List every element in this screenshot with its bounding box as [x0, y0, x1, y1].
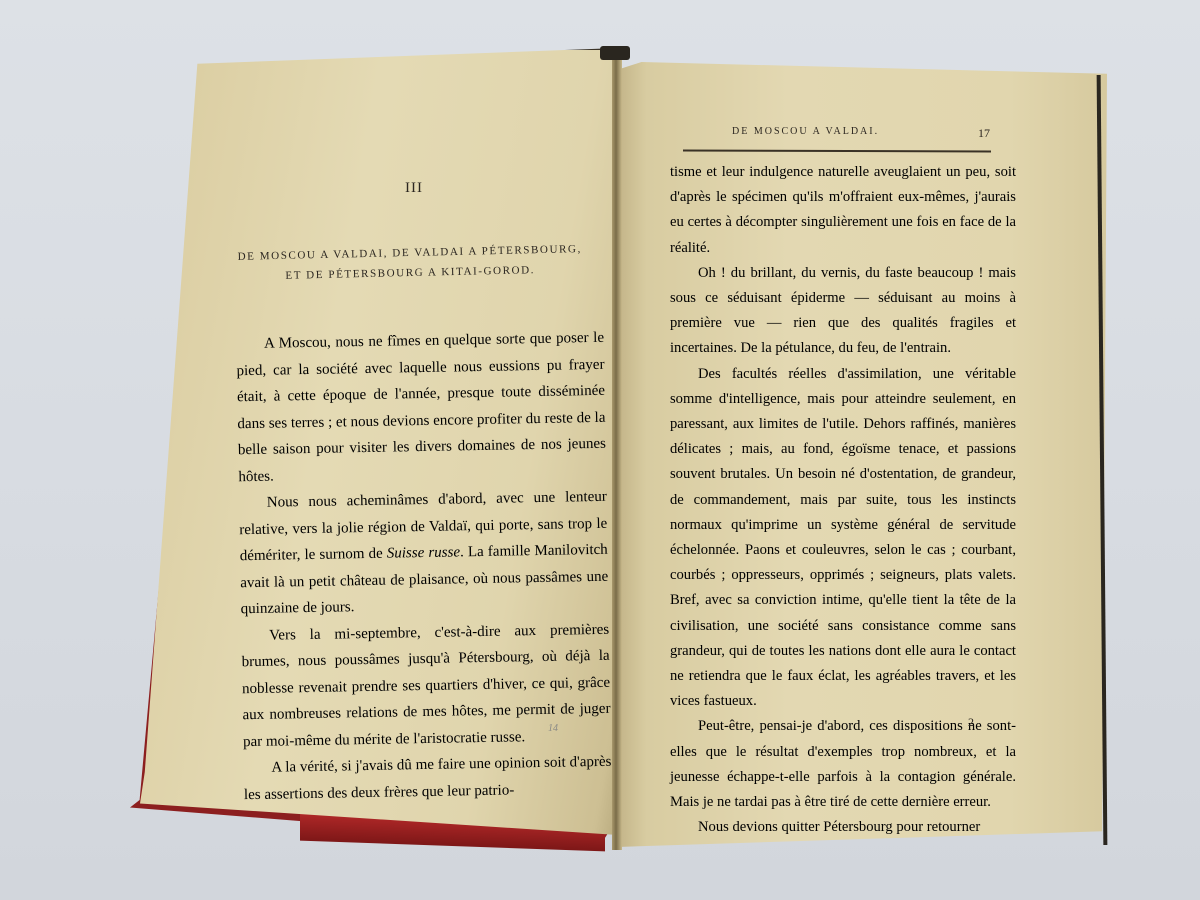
book-gutter [612, 60, 622, 850]
paragraph: Vers la mi-septembre, c'est-à-dire aux p… [241, 616, 611, 755]
paragraph: Peut-être, pensai-je d'abord, ces dispos… [670, 714, 1016, 815]
book-photo: III DE MOSCOU A VALDAI, DE VALDAI A PÉTE… [0, 0, 1200, 900]
paragraph: Nous nous acheminâmes d'abord, avec une … [239, 484, 609, 623]
signature-mark: 2 [968, 715, 974, 730]
pencil-mark: 14 [548, 723, 558, 734]
right-page-body: tisme et leur indulgence naturelle aveug… [670, 160, 1016, 840]
left-page-body: A Moscou, nous ne fîmes en quelque sorte… [236, 325, 612, 808]
paragraph: A la vérité, si j'avais dû me faire une … [243, 749, 612, 808]
page-number: 17 [978, 126, 990, 141]
spine-top [600, 46, 630, 60]
running-head-title: DE MOSCOU A VALDAI. [732, 126, 879, 137]
paragraph: Oh ! du brillant, du vernis, du faste be… [670, 261, 1016, 362]
chapter-number: III [405, 180, 423, 197]
paragraph: Des facultés réelles d'assimilation, une… [670, 362, 1016, 715]
paragraph: A Moscou, nous ne fîmes en quelque sorte… [236, 325, 607, 490]
paragraph: Nous devions quitter Pétersbourg pour re… [670, 815, 1016, 840]
italic-phrase: Suisse russe [387, 544, 461, 561]
paragraph: tisme et leur indulgence naturelle aveug… [670, 160, 1016, 261]
chapter-title: DE MOSCOU A VALDAI, DE VALDAI A PÉTERSBO… [230, 239, 591, 287]
